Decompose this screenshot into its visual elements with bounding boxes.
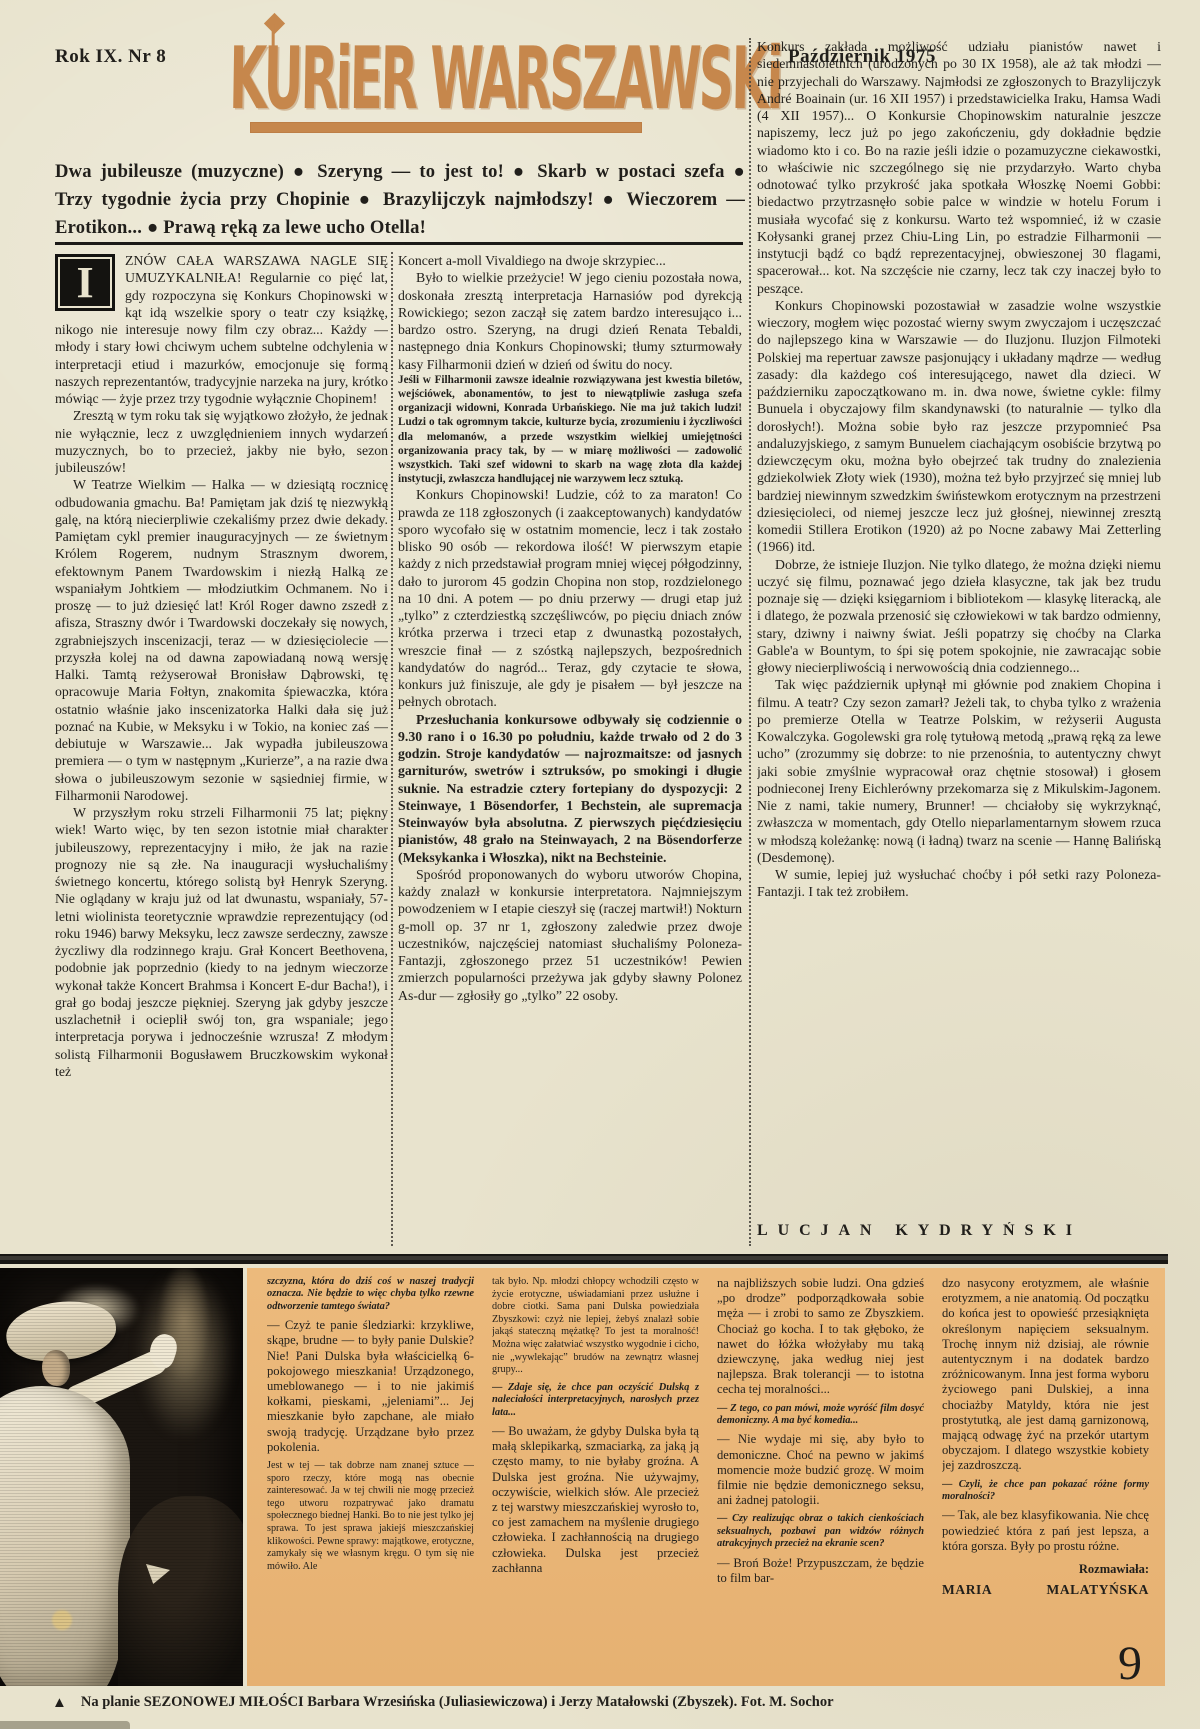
paragraph: W Teatrze Wielkim — Halka — w dziesiątą … bbox=[55, 476, 388, 804]
interview-column-4: dzo nasycony erotyzmem, ale właśnie erot… bbox=[942, 1276, 1149, 1680]
paragraph-petit: Jeśli w Filharmonii zawsze idealnie rozw… bbox=[398, 373, 742, 487]
paragraph: W przyszłym roku strzeli Filharmonii 75 … bbox=[55, 804, 388, 1080]
interview-answer: — Tak, ale bez klasyfikowania. Nie chcę … bbox=[942, 1508, 1149, 1554]
column-divider bbox=[391, 252, 393, 1246]
newspaper-page: Rok IX. Nr 8 KURiER WARSZAWSKi Październ… bbox=[0, 0, 1200, 1729]
interview-column-2: tak było. Np. młodzi chłopcy wchodzili c… bbox=[492, 1276, 699, 1680]
byline-name: MARIA MALATYŃSKA bbox=[942, 1582, 1149, 1598]
interview-question: — Zdaje się, że chce pan oczyścić Dulską… bbox=[492, 1382, 699, 1419]
interview-answer: — Bo uważam, że gdyby Dulska była tą mał… bbox=[492, 1424, 699, 1576]
photo-caption: ▲ Na planie SEZONOWEJ MIŁOŚCI Barbara Wr… bbox=[52, 1694, 1082, 1712]
paragraph: IZNÓW CAŁA WARSZAWA NAGLE SIĘ UMUZYKALNI… bbox=[55, 252, 388, 407]
interview-column-3: na najbliższych sobie ludzi. Ona gdzieś … bbox=[717, 1276, 924, 1680]
interview-note: tak było. Np. młodzi chłopcy wchodzili c… bbox=[492, 1276, 699, 1377]
interview-answer: — Broń Boże! Przypuszczam, że będzie to … bbox=[717, 1556, 924, 1586]
article-column-3: Konkurs zakłada możliwość udziału pianis… bbox=[757, 38, 1161, 1216]
interview-question: — Czyli, że chce pan pokazać różne formy… bbox=[942, 1479, 1149, 1504]
paragraph: Konkurs Chopinowski pozostawiał w zasadz… bbox=[757, 297, 1161, 556]
interview-question: — Czy realizując obraz o takich cienkośc… bbox=[717, 1513, 924, 1550]
paragraph-bold: Przesłuchania konkursowe odbywały się co… bbox=[398, 711, 742, 866]
paragraph: Koncert a-moll Vivaldiego na dwoje skrzy… bbox=[398, 252, 742, 269]
interview-answer: — Czyż te panie śledziarki: krzykliwe, s… bbox=[267, 1318, 474, 1455]
interview-question: — Z tego, co pan mówi, może wyróść film … bbox=[717, 1403, 924, 1428]
paragraph: Spośród proponowanych do wyboru utworów … bbox=[398, 866, 742, 1004]
interview-note: Jest w tej — tak dobrze nam znanej sztuc… bbox=[267, 1460, 474, 1573]
article-column-1: IZNÓW CAŁA WARSZAWA NAGLE SIĘ UMUZYKALNI… bbox=[55, 252, 388, 1246]
author-signature: LUCJAN KYDRYŃSKI bbox=[757, 1222, 1161, 1240]
logo-title: KURiER WARSZAWSKi bbox=[229, 28, 782, 129]
issue-number: Rok IX. Nr 8 bbox=[55, 46, 166, 68]
paragraph: Zresztą w tym roku tak się wyjątkowo zło… bbox=[55, 407, 388, 476]
headline-block: Dwa jubileusze (muzyczne) ● Szeryng — to… bbox=[55, 158, 745, 242]
section-divider-bar bbox=[0, 1254, 1168, 1264]
interview-answer: — Nie wydaje mi się, aby było to demonic… bbox=[717, 1432, 924, 1508]
scan-artifact bbox=[0, 1721, 130, 1729]
headline-line: Trzy tygodnie życia przy Chopinie ● Braz… bbox=[55, 186, 745, 214]
triangle-up-icon: ▲ bbox=[52, 1694, 67, 1712]
byline-label: Rozmawiała: bbox=[942, 1562, 1149, 1577]
interview-answer: dzo nasycony erotyzmem, ale właśnie erot… bbox=[942, 1276, 1149, 1474]
stage-photo bbox=[0, 1268, 243, 1686]
paragraph: Było to wielkie przeżycie! W jego cieniu… bbox=[398, 269, 742, 373]
page-number: 9 bbox=[1118, 1638, 1142, 1690]
drop-cap: I bbox=[55, 254, 115, 311]
paragraph: Konkurs Chopinowski! Ludzie, cóż to za m… bbox=[398, 486, 742, 710]
column-divider bbox=[749, 38, 751, 1246]
paragraph: Dobrze, że istnieje Iluzjon. Nie tylko d… bbox=[757, 556, 1161, 677]
paragraph: W sumie, lepiej już wysłuchać choćby i p… bbox=[757, 866, 1161, 901]
masthead-logo: KURiER WARSZAWSKi bbox=[212, 24, 662, 140]
headline-line: Dwa jubileusze (muzyczne) ● Szeryng — to… bbox=[55, 158, 745, 186]
headline-underline bbox=[55, 242, 743, 245]
photo-grain bbox=[0, 1268, 243, 1686]
interview-answer: na najbliższych sobie ludzi. Ona gdzieś … bbox=[717, 1276, 924, 1398]
interview-question: szczyzna, która do dziś coś w naszej tra… bbox=[267, 1276, 474, 1313]
interview-panel: szczyzna, która do dziś coś w naszej tra… bbox=[247, 1268, 1165, 1686]
logo-underline bbox=[250, 122, 642, 133]
interview-column-1: szczyzna, która do dziś coś w naszej tra… bbox=[267, 1276, 474, 1680]
article-column-2: Koncert a-moll Vivaldiego na dwoje skrzy… bbox=[398, 252, 742, 1246]
headline-line: Erotikon... ● Prawą ręką za lewe ucho Ot… bbox=[55, 214, 745, 242]
paragraph: Konkurs zakłada możliwość udziału pianis… bbox=[757, 38, 1161, 297]
caption-text: Na planie SEZONOWEJ MIŁOŚCI Barbara Wrze… bbox=[81, 1694, 834, 1711]
paragraph: Tak więc październik upłynął mi głównie … bbox=[757, 676, 1161, 866]
